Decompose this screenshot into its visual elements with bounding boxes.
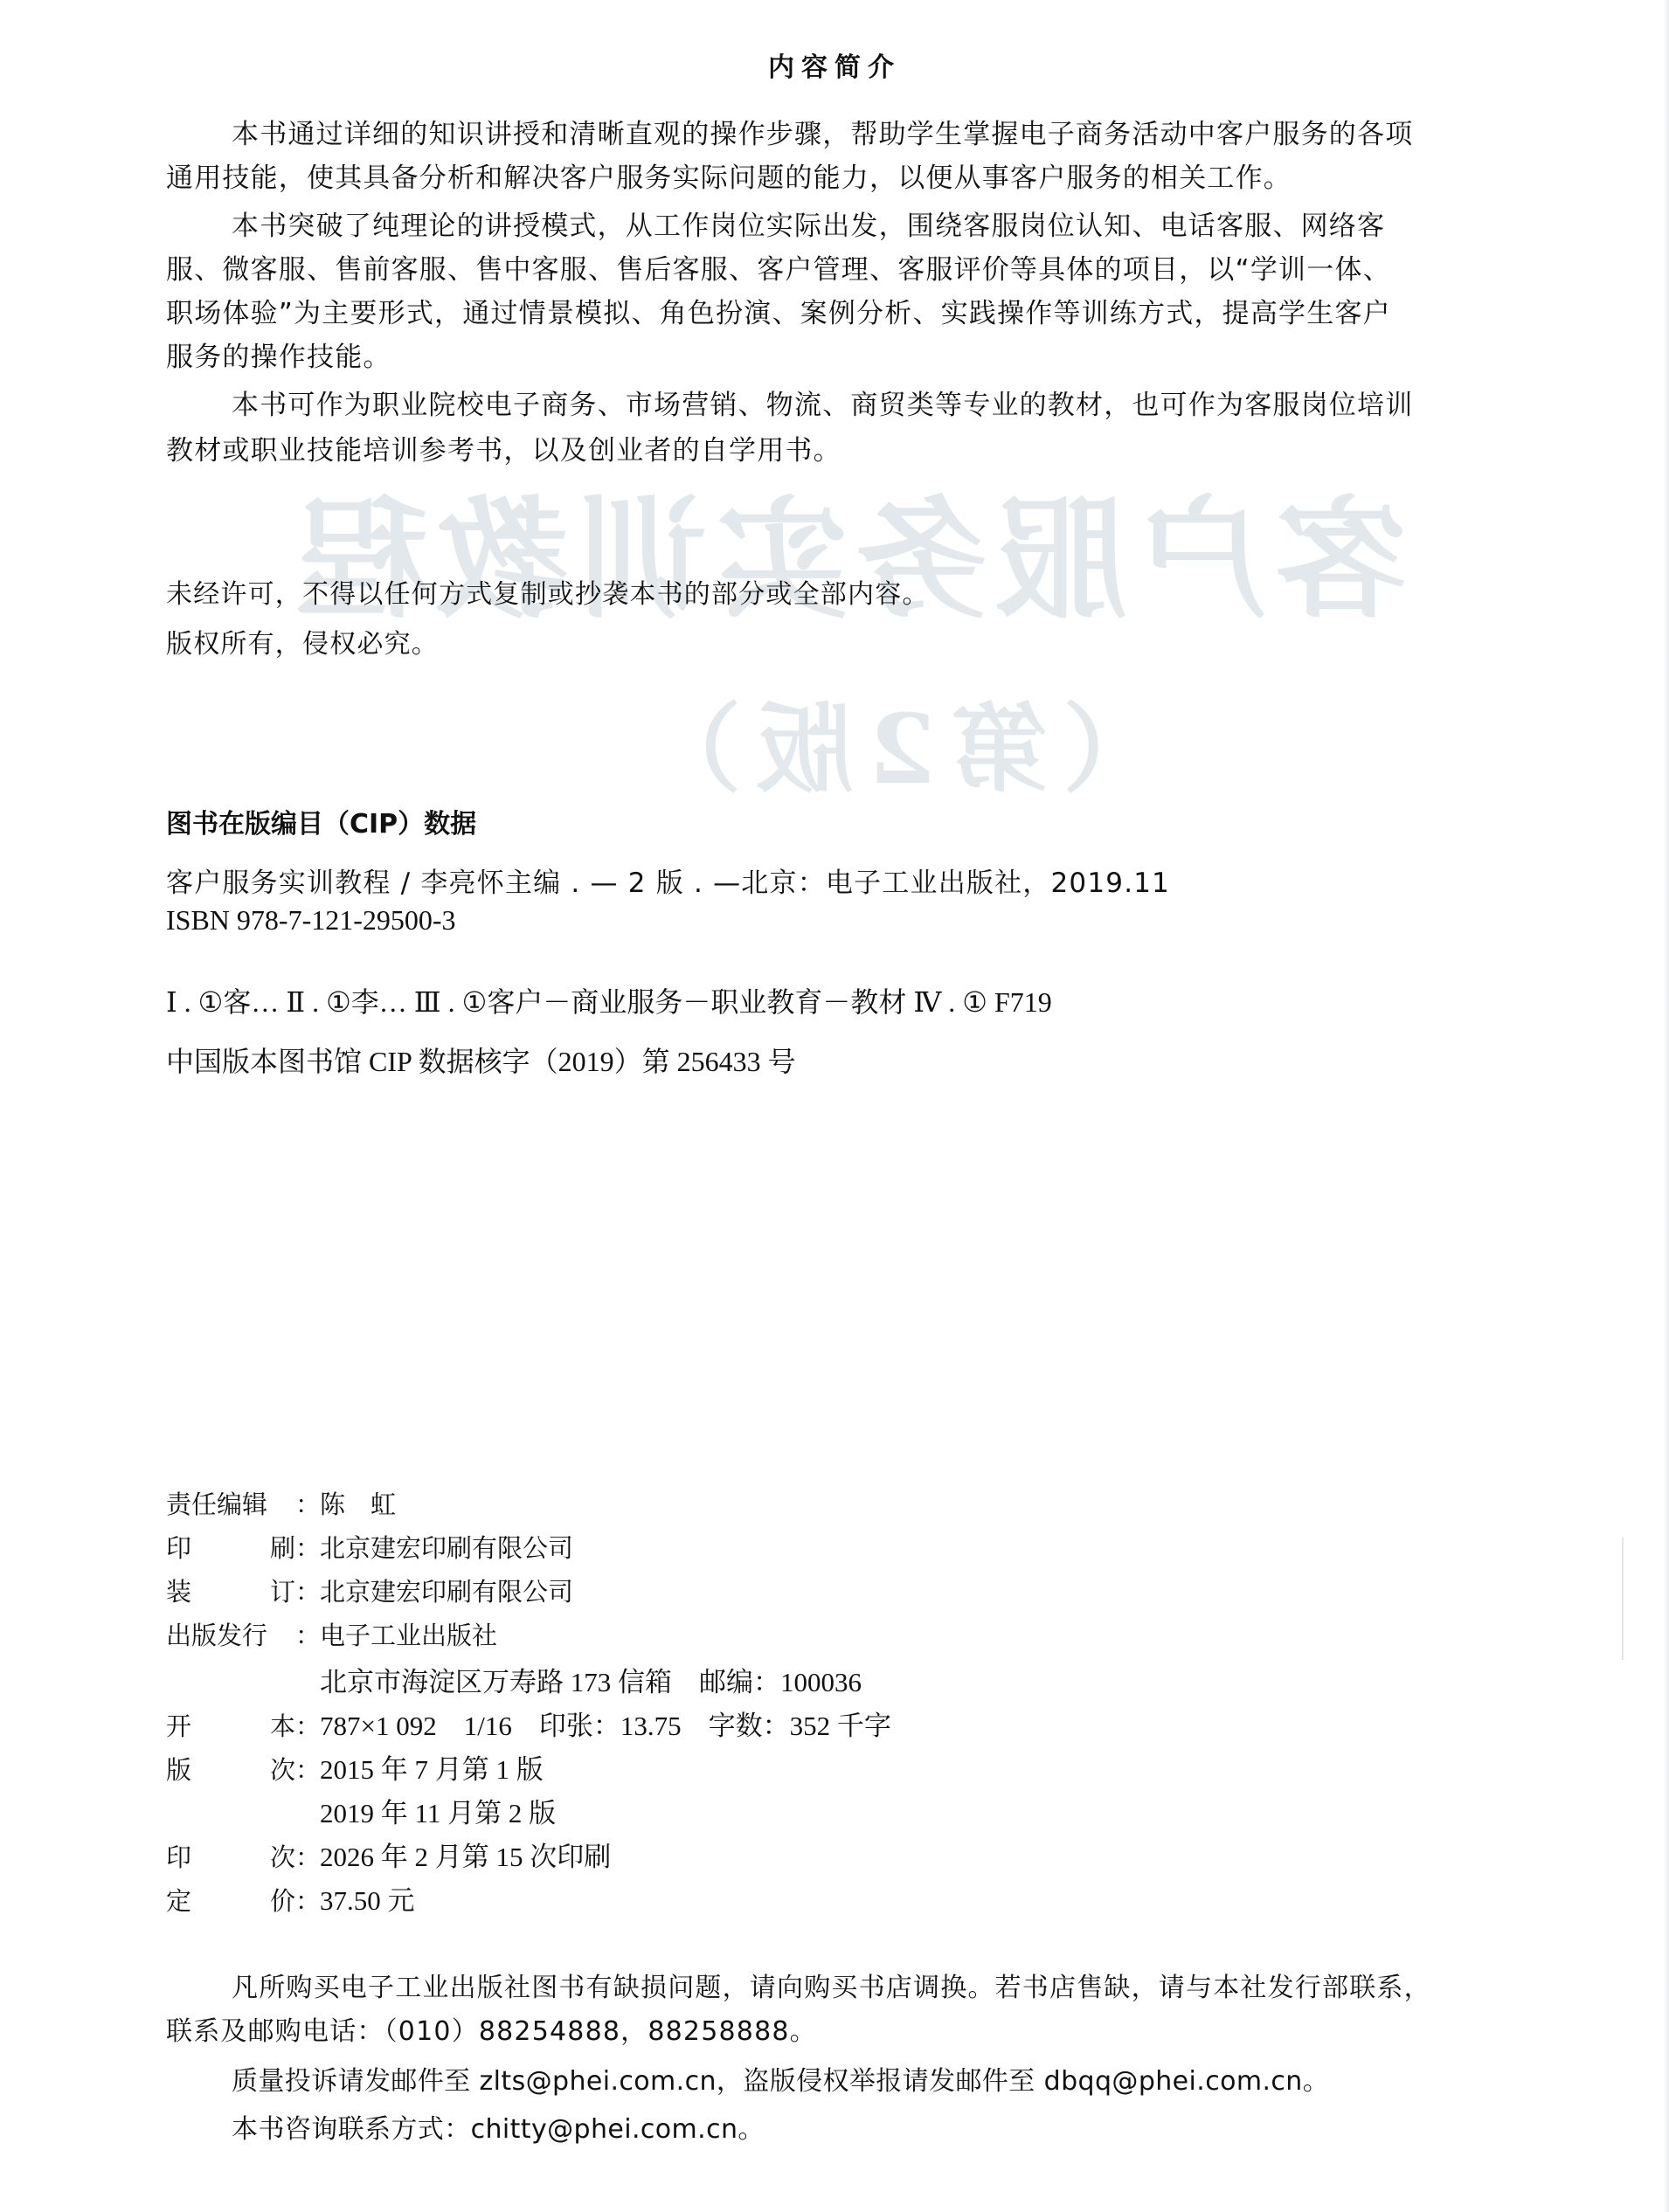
footer-phone: 联系及邮购电话：（010）88254888，88258888。 <box>166 2009 817 2048</box>
intro-line: 通用技能，使其具备分析和解决客户服务实际问题的能力，以便从事客户服务的相关工作。 <box>166 156 1292 195</box>
intro-line: 服、微客服、售前客服、售中客服、售后客服、客户管理、客服评价等具体的项目，以“学… <box>166 247 1391 287</box>
colophon-row-binding: 装订 ： 北京建宏印刷有限公司 <box>166 1573 1040 1616</box>
intro-line: 本书通过详细的知识讲授和清晰直观的操作步骤，帮助学生掌握电子商务活动中客户服务的… <box>232 112 1413 151</box>
intro-line: 本书可作为职业院校电子商务、市场营销、物流、商贸类等专业的教材，也可作为客服岗位… <box>232 383 1413 422</box>
intro-line: 职场体验”为主要形式，通过情景模拟、角色扮演、案例分析、实践操作等训练方式，提高… <box>166 291 1391 330</box>
colophon-value: 北京建宏印刷有限公司 <box>320 1529 573 1565</box>
footer-defect-notice: 凡所购买电子工业出版社图书有缺损问题，请向购买书店调换。若书店售缺，请与本社发行… <box>232 1966 1431 2004</box>
watermark-edition: （第2版） <box>629 673 1160 811</box>
colophon-label: 印刷 <box>166 1529 295 1565</box>
cip-record: 客户服务实训教程 / 李亮怀主编 . — 2 版 . —北京：电子工业出版社，2… <box>166 861 1170 900</box>
cip-check-number: 中国版本图书馆 CIP 数据核字（2019）第 256433 号 <box>166 1040 796 1080</box>
cip-record-text: 客户服务实训教程 / 李亮怀主编 . — 2 版 . —北京：电子工业出版社，2… <box>166 868 1170 899</box>
footer-contact: 本书咨询联系方式：chitty@phei.com.cn。 <box>232 2107 765 2146</box>
colophon-value: 陈 虹 <box>320 1485 396 1521</box>
colophon-row-editor: 责任编辑 ： 陈 虹 <box>166 1485 1040 1529</box>
colophon-row-address: 北京市海淀区万寿路 173 信箱 邮编：100036 <box>166 1660 1040 1704</box>
colophon-row-edition-2: 2019 年 11 月第 2 版 <box>166 1791 1040 1835</box>
colophon-label: 版次 <box>166 1751 295 1787</box>
colophon-row-publisher: 出版发行 ： 电子工业出版社 <box>166 1616 1040 1660</box>
colophon-row-impression: 印次 ： 2026 年 2 月第 15 次印刷 <box>166 1835 1040 1878</box>
colophon-row-edition: 版次 ： 2015 年 7 月第 1 版 <box>166 1747 1040 1791</box>
intro-line: 服务的操作技能。 <box>166 335 391 374</box>
scan-line <box>1622 1538 1624 1660</box>
scan-edge <box>1664 0 1669 2212</box>
colophon-row-format: 开本 ： 787×1 092 1/16 印张：13.75 字数：352 千字 <box>166 1704 1040 1747</box>
intro-title: 内容简介 <box>0 45 1669 84</box>
cip-heading: 图书在版编目（CIP）数据 <box>166 802 476 840</box>
colophon-label: 开本 <box>166 1707 295 1743</box>
colophon-row-price: 定价 ： 37.50 元 <box>166 1878 1040 1922</box>
colophon-value: 北京市海淀区万寿路 173 信箱 邮编：100036 <box>320 1660 862 1699</box>
copyright-notice: 未经许可，不得以任何方式复制或抄袭本书的部分或全部内容。 <box>166 572 930 611</box>
colophon-value: 北京建宏印刷有限公司 <box>320 1573 573 1608</box>
colophon-value: 电子工业出版社 <box>320 1616 497 1652</box>
colophon-row-printing: 印刷 ： 北京建宏印刷有限公司 <box>166 1529 1040 1573</box>
colophon-label: 责任编辑 <box>166 1485 295 1521</box>
cip-isbn: ISBN 978-7-121-29500-3 <box>166 904 456 937</box>
copyright-reserved: 版权所有，侵权必究。 <box>166 622 439 660</box>
colophon-label: 装订 <box>166 1573 295 1608</box>
colophon-value: 37.50 元 <box>320 1878 415 1918</box>
colophon-label: 出版发行 <box>166 1616 295 1652</box>
cip-classification: Ⅰ . ①客… Ⅱ . ①李… Ⅲ . ①客户－商业服务－职业教育－教材 Ⅳ .… <box>166 980 1052 1020</box>
intro-line: 教材或职业技能培训参考书，以及创业者的自学用书。 <box>166 428 841 467</box>
colophon-value: 2019 年 11 月第 2 版 <box>320 1791 556 1830</box>
colophon-label: 印次 <box>166 1838 295 1874</box>
footer-emails: 质量投诉请发邮件至 zlts@phei.com.cn，盗版侵权举报请发邮件至 d… <box>232 2059 1329 2098</box>
colophon-value: 2015 年 7 月第 1 版 <box>320 1747 544 1787</box>
intro-line: 本书突破了纯理论的讲授模式，从工作岗位实际出发，围绕客服岗位认知、电话客服、网络… <box>232 204 1385 243</box>
colophon-value: 2026 年 2 月第 15 次印刷 <box>320 1835 611 1874</box>
colophon-value: 787×1 092 1/16 印张：13.75 字数：352 千字 <box>320 1704 891 1743</box>
watermark-title: 客户服务实训教程 <box>288 454 1407 643</box>
colophon-label: 定价 <box>166 1882 295 1918</box>
colophon: 责任编辑 ： 陈 虹 印刷 ： 北京建宏印刷有限公司 装订 ： 北京建宏印刷有限… <box>166 1485 1040 1922</box>
